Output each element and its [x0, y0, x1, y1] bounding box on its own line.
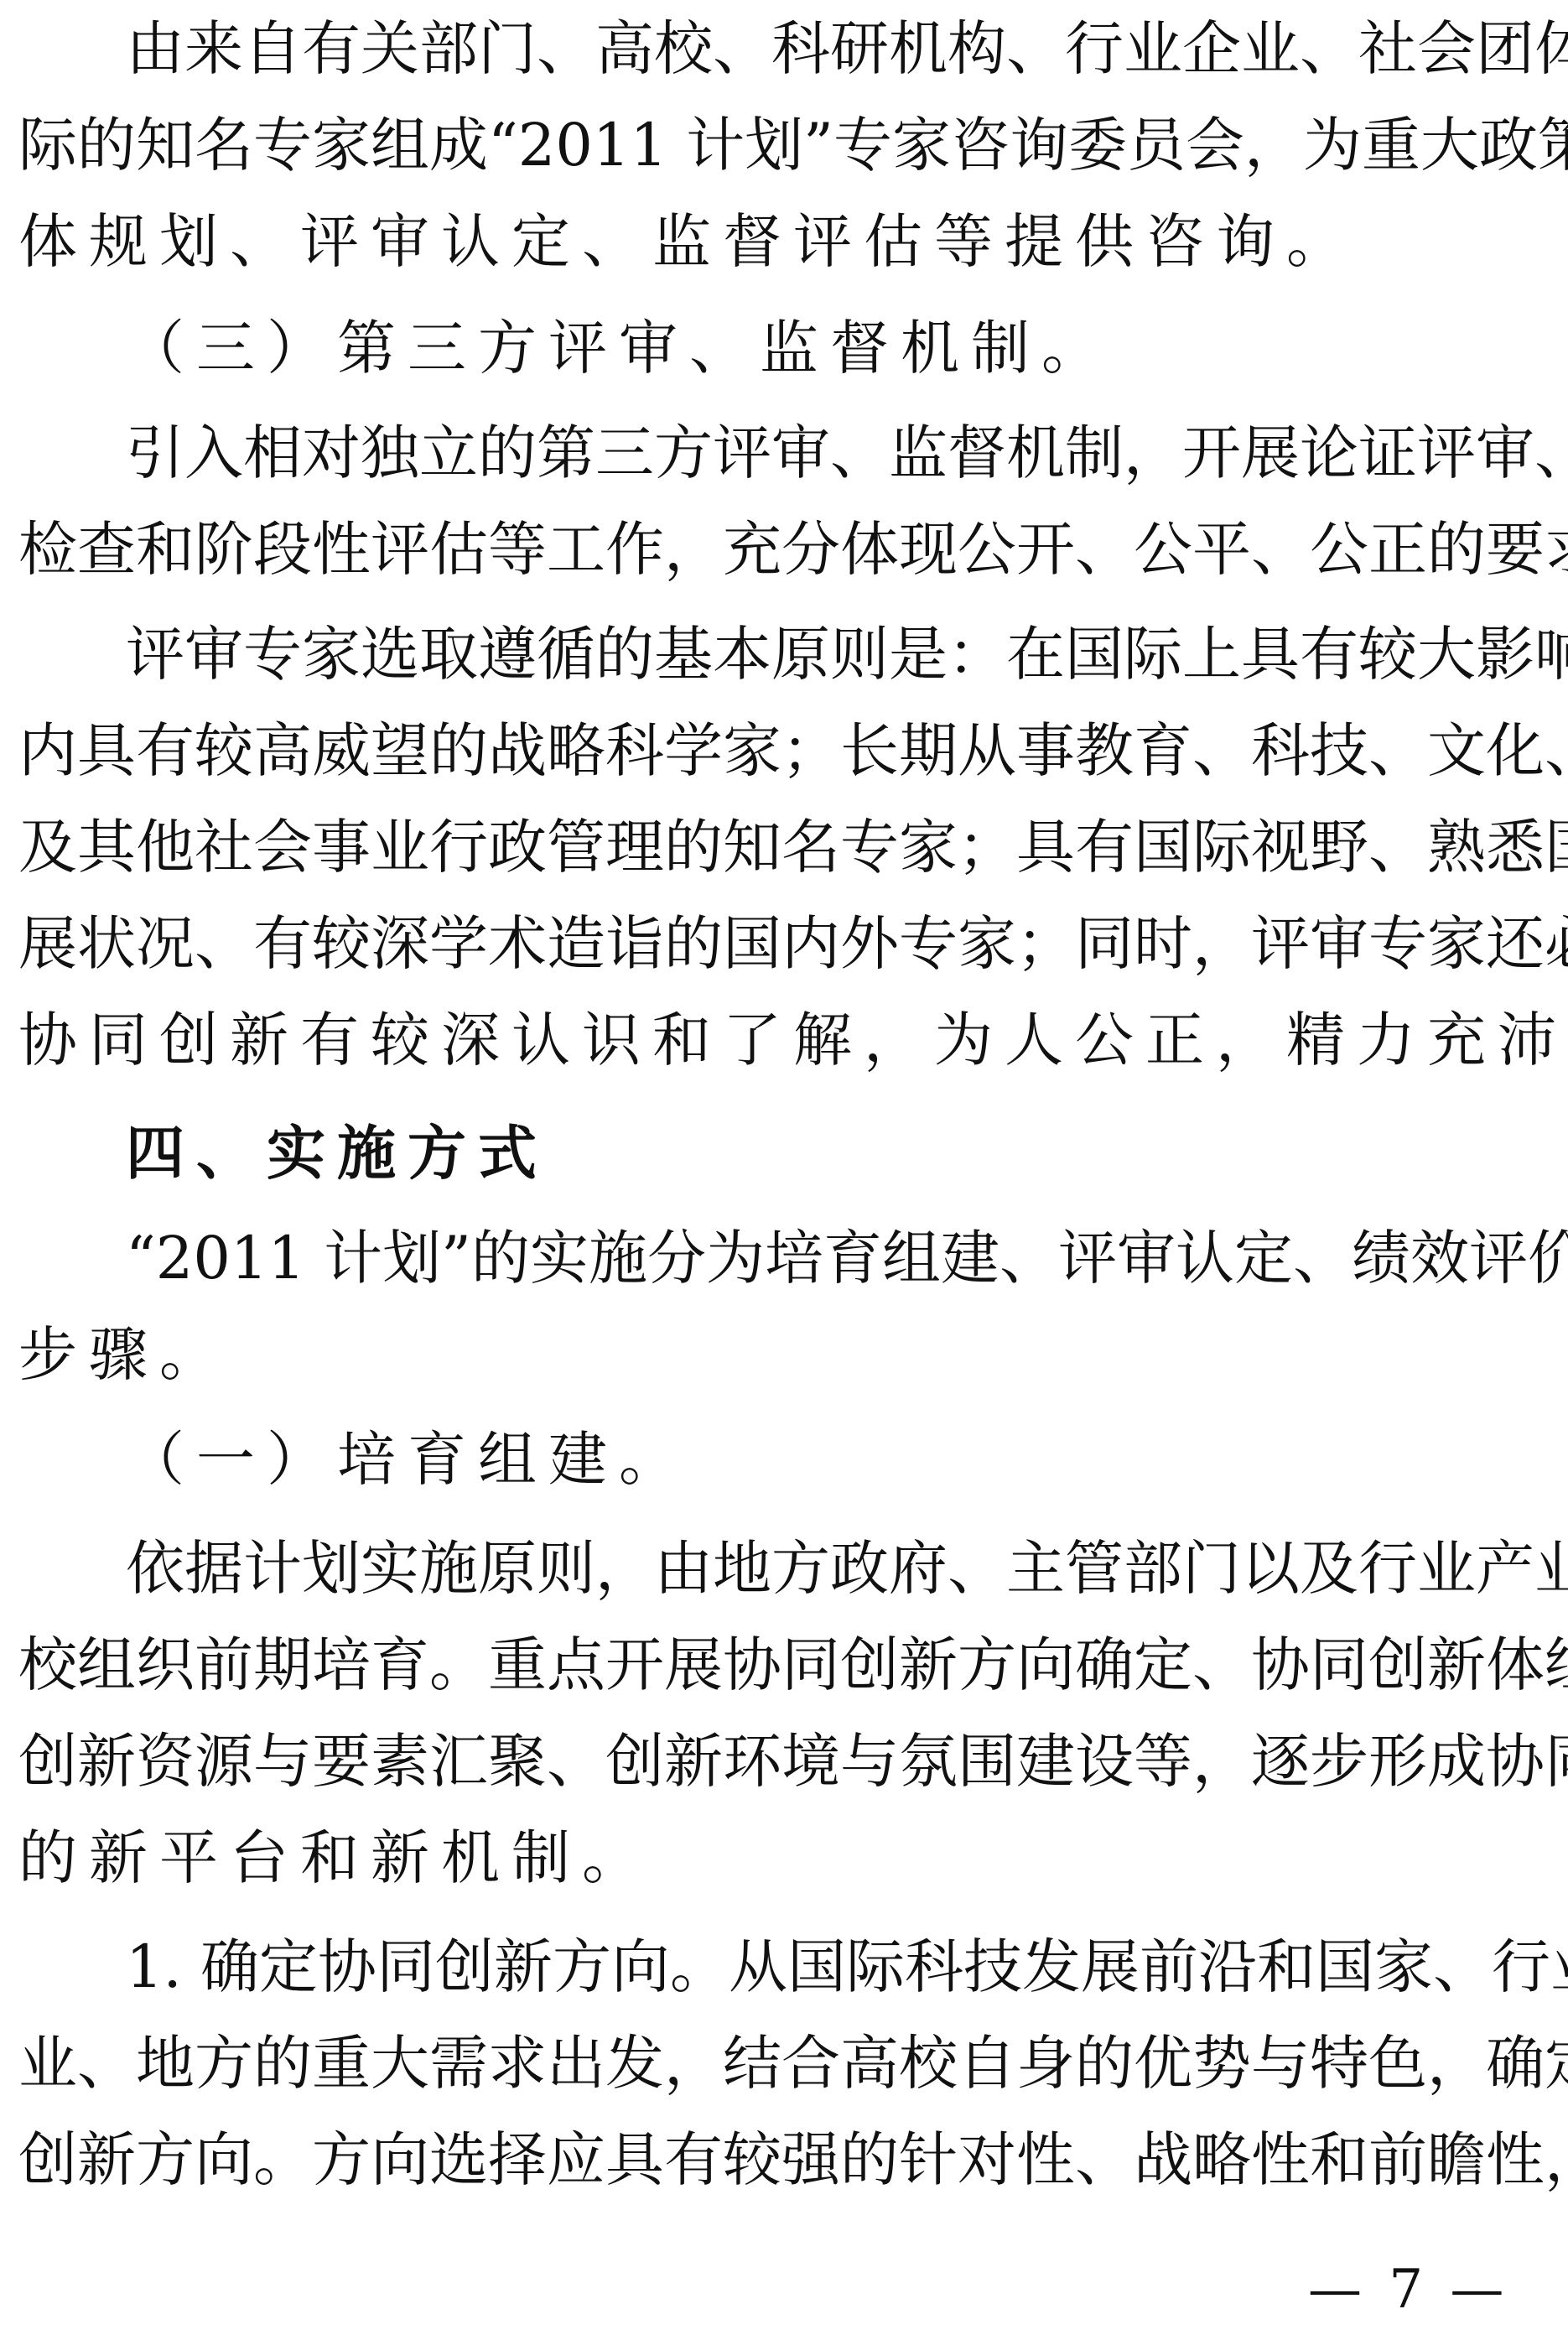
paragraph-line: 内具有较高威望的战略科学家；长期从事教育、科技、文化、经济以 [18, 717, 1553, 784]
paragraph-line: 依据计划实施原则，由地方政府、主管部门以及行业产业和高 [126, 1535, 1553, 1602]
paragraph-line: 际的知名专家组成“2011 计划”专家咨询委员会，为重大政策、总 [18, 112, 1553, 179]
paragraph-line: 展状况、有较深学术造诣的国内外专家；同时，评审专家还必须对 [18, 910, 1553, 977]
paragraph-line: 创新方向。方向选择应具有较强的针对性、战略性和前瞻性，具有 [18, 2126, 1553, 2193]
paragraph-line: 创新资源与要素汇聚、创新环境与氛围建设等，逐步形成协同创新 [18, 1728, 1553, 1795]
paragraph-line: 1. 确定协同创新方向。从国际科技发展前沿和国家、行业、产 [126, 1933, 1553, 2000]
page-number: — 7 — [1308, 2256, 1508, 2323]
paragraph-line: “2011 计划”的实施分为培育组建、评审认定、绩效评价三个 [126, 1225, 1553, 1292]
paragraph-line: 协同创新有较深认识和了解，为人公正，精力充沛。 [18, 1006, 1553, 1074]
paragraph-line: 业、地方的重大需求出发，结合高校自身的优势与特色，确定协同 [18, 2030, 1553, 2097]
subsection-heading: （三）第三方评审、监督机制。 [126, 315, 1553, 382]
paragraph-line: 由来自有关部门、高校、科研机构、行业企业、社会团体以及国 [126, 15, 1553, 82]
paragraph-line: 步骤。 [18, 1321, 1553, 1388]
paragraph-line: 的新平台和新机制。 [18, 1824, 1553, 1891]
paragraph-line: 引入相对独立的第三方评审、监督机制，开展论证评审、定期 [126, 419, 1553, 486]
paragraph-line: 校组织前期培育。重点开展协同创新方向确定、协同创新体组建、 [18, 1631, 1553, 1698]
paragraph-line: 评审专家选取遵循的基本原则是：在国际上具有较大影响、国 [126, 621, 1553, 688]
paragraph-line: 及其他社会事业行政管理的知名专家；具有国际视野、熟悉国内发 [18, 814, 1553, 881]
paragraph-line: 检查和阶段性评估等工作，充分体现公开、公平、公正的要求。 [18, 516, 1553, 583]
section-heading: 四、实施方式 [126, 1120, 1553, 1187]
subsection-heading: （一）培育组建。 [126, 1426, 1553, 1493]
paragraph-line: 体规划、评审认定、监督评估等提供咨询。 [18, 208, 1553, 275]
